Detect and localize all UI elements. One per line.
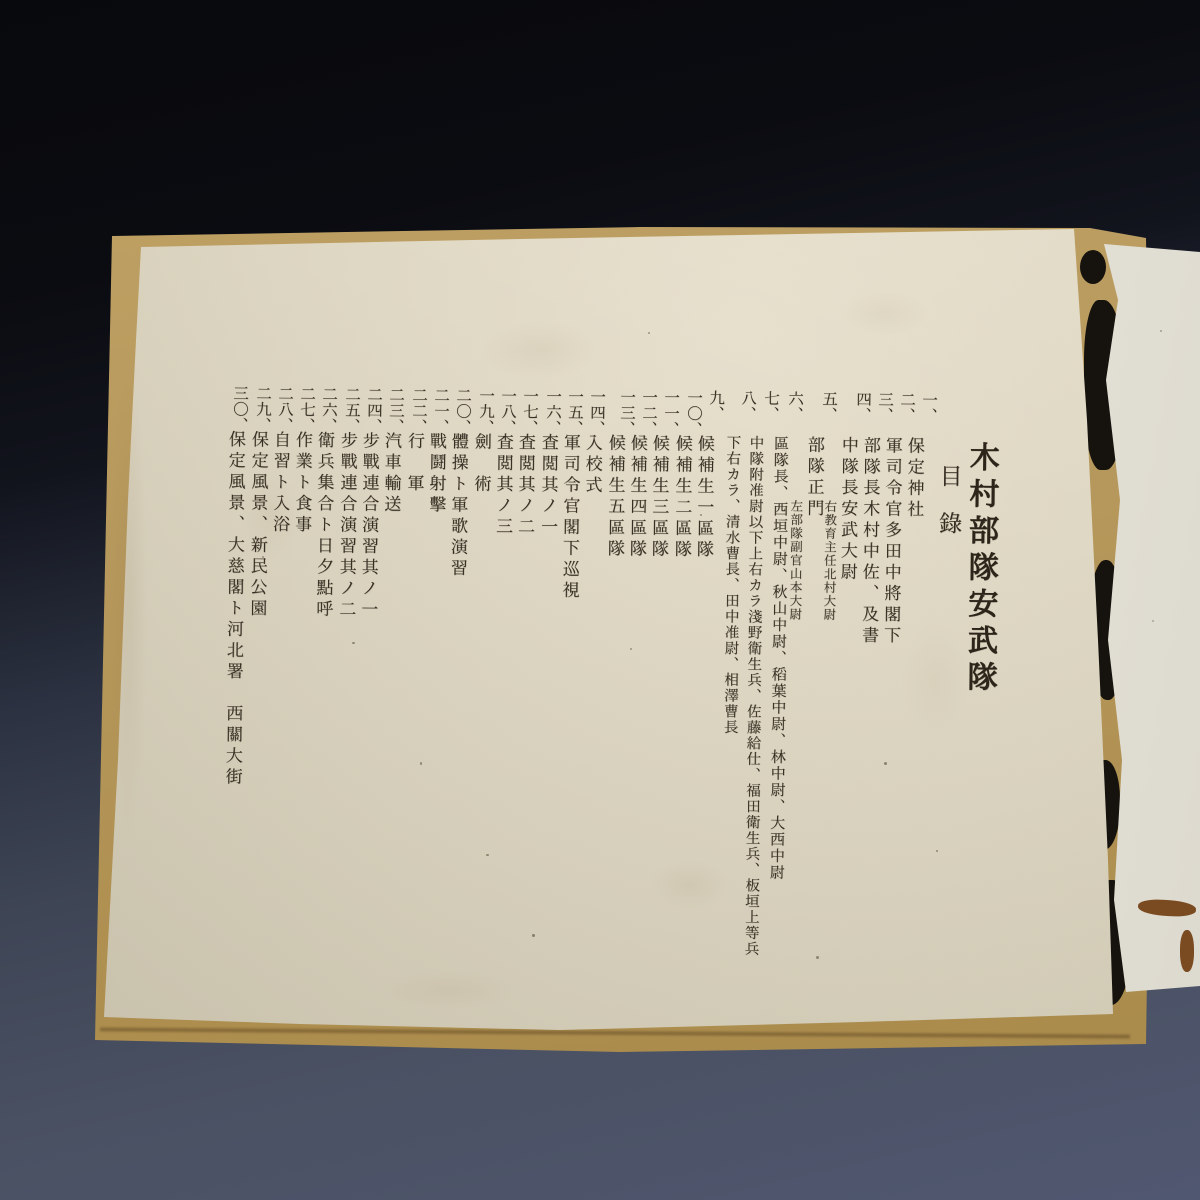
toc-item-number: 一、 [920, 392, 935, 424]
toc-item-number: 二八、 [276, 386, 291, 434]
toc-item-number: 二九、 [254, 385, 269, 433]
toc-item-number: 二、 [898, 392, 913, 424]
toc-item-number: 六、 [786, 390, 801, 422]
toc-item-22: 二二、行 軍 [405, 432, 423, 495]
toc-item-note: 左部隊副官山本大尉 [788, 499, 802, 621]
toc-item-number: 九、 [707, 390, 722, 422]
toc-item-text: 汽車輸送 [381, 432, 401, 517]
toc-item-number: 三、 [876, 391, 891, 423]
toc-item-26: 二六、衛兵集合ト日夕點呼 [314, 431, 333, 621]
toc-item-number: 一四、 [588, 389, 603, 437]
photo-background: 木村部隊安武隊 目錄 一、保定神社二、軍司令官多田中將閣下三、部隊長木村中佐、及… [0, 0, 1200, 1200]
toc-item-16: 一六、査閲其ノ一 [539, 433, 557, 539]
toc-item-text: 保定風景、大慈閣ト河北署 西關大街 [223, 430, 245, 789]
toc-item-text: 自習ト入浴 [270, 430, 290, 536]
toc-item-21: 二一、戰鬪射擊 [427, 432, 445, 516]
toc-item-text: 衛兵集合ト日夕點呼 [313, 431, 334, 621]
toc-item-2: 二、軍司令官多田中將閣下 [882, 436, 901, 647]
toc-item-number: 二六、 [320, 386, 335, 434]
toc-item-6: 六、區隊長、西垣中尉、秋山中尉、稻葉中尉、林中尉、大西中尉 [768, 435, 787, 881]
toc-item-4: 四、中隊長安武大尉右教育主任北村大尉 [839, 436, 857, 584]
toc-item-19: 一九、劍 術 [472, 432, 490, 495]
toc-item-23: 二三、汽車輸送 [382, 432, 400, 516]
toc-item-14: 一四、入校式 [583, 433, 601, 496]
toc-item-text: 候補生一區隊 [694, 435, 714, 562]
toc-item-number: 一六、 [544, 388, 559, 436]
toc-item-text: 入校式 [582, 433, 602, 496]
toc-item-number: 二四、 [365, 386, 380, 434]
toc-item-number: 二一、 [432, 387, 447, 435]
toc-item-text: 保定風景、新民公園 [247, 430, 268, 620]
album-title: 木村部隊安武隊 [963, 441, 995, 697]
toc-item-number: 一一、 [662, 389, 677, 437]
toc-item-text: 候補生四區隊 [627, 434, 647, 561]
toc-item-text: 作業ト食事 [292, 431, 312, 537]
toc-item-number: 一五、 [566, 388, 581, 436]
toc-item-text: 下右カラ、清水曹長、田中准尉、相澤曹長 [722, 435, 741, 735]
toc-item-number: 二二、 [410, 387, 425, 435]
toc-item-8: 八、下右カラ、清水曹長、田中准尉、相澤曹長 [722, 435, 739, 735]
text-layer: 木村部隊安武隊 目錄 一、保定神社二、軍司令官多田中將閣下三、部隊長木村中佐、及… [0, 0, 1200, 1200]
toc-item-number: 一三、 [618, 389, 633, 437]
toc-item-29: 二九、保定風景、新民公園 [248, 430, 267, 620]
toc-item-text: 戰鬪射擊 [426, 432, 446, 517]
toc-item-number: 二七、 [298, 386, 313, 434]
toc-item-28: 二八、自習ト入浴 [271, 430, 289, 536]
toc-item-text: 査閲其ノ三 [493, 433, 513, 539]
toc-item-27: 二七、作業ト食事 [293, 431, 311, 537]
toc-item-1: 一、保定神社 [905, 437, 923, 521]
toc-item-number: 二五、 [343, 386, 358, 434]
toc-item-text: 軍司令官多田中將閣下 [881, 436, 902, 647]
toc-item-15: 一五、軍司令官閣下巡視 [560, 433, 579, 602]
toc-item-text: 候補生二區隊 [672, 434, 692, 561]
toc-item-text: 査閲其ノ一 [538, 433, 558, 539]
toc-item-13: 一三、候補生五區隊 [606, 434, 624, 561]
toc-item-text: 軍司令官閣下巡視 [559, 433, 580, 602]
toc-item-number: 四、 [854, 391, 869, 423]
toc-item-text: 中隊長安武大尉 [838, 436, 858, 584]
toc-item-text: 候補生三區隊 [649, 434, 669, 561]
toc-item-number: 一〇、 [685, 389, 700, 437]
toc-item-3: 三、部隊長木村中佐、及書 [860, 436, 879, 647]
toc-item-10: 一〇、候補生二區隊 [673, 434, 691, 561]
toc-item-number: 二三、 [387, 387, 402, 435]
toc-item-number: 一八、 [499, 388, 514, 436]
toc-item-text: 步戰連合演習其ノ二 [336, 431, 357, 621]
toc-item-number: 三〇、 [231, 385, 246, 433]
toc-item-note: 右教育主任北村大尉 [822, 500, 836, 622]
toc-item-text: 區隊長、西垣中尉、秋山中尉、稻葉中尉、林中尉、大西中尉 [768, 435, 788, 881]
toc-item-number: 一七、 [521, 388, 536, 436]
toc-item-5: 五、部隊正門左部隊副官山本大尉 [805, 436, 823, 520]
toc-item-number: 一九、 [477, 387, 492, 435]
toc-item-17: 一七、査閲其ノ二 [516, 433, 534, 539]
toc-item-25: 二五、步戰連合演習其ノ二 [337, 431, 356, 621]
toc-item-number: 七、 [762, 390, 777, 422]
toc-item-text: 部隊長木村中佐、及書 [859, 436, 880, 647]
toc-columns: 一、保定神社二、軍司令官多田中將閣下三、部隊長木村中佐、及書四、中隊長安武大尉右… [4, 0, 1200, 2]
toc-item-24: 二四、步戰連合演習其ノ一 [359, 431, 378, 621]
toc-item-text: 査閲其ノ二 [515, 433, 535, 539]
toc-item-text: 劍 術 [471, 432, 491, 495]
toc-item-number: 一二、 [640, 389, 655, 437]
toc-item-text: 候補生五區隊 [605, 434, 625, 561]
toc-item-9: 九、候補生一區隊 [695, 435, 713, 562]
toc-item-text: 中隊附准尉以下上右カラ淺野衛生兵、佐藤給仕、福田衛生兵、板垣上等兵 [742, 435, 763, 957]
toc-item-text: 體操ト軍歌演習 [448, 432, 468, 580]
toc-item-text: 行 軍 [404, 432, 424, 495]
toc-item-30: 三〇、保定風景、大慈閣ト河北署 西關大街 [224, 430, 244, 789]
toc-item-number: 五、 [820, 391, 835, 423]
toc-item-number: 八、 [739, 390, 754, 422]
toc-item-20: 二〇、體操ト軍歌演習 [449, 432, 467, 580]
toc-item-text: 保定神社 [904, 437, 924, 522]
toc-heading: 目錄 [937, 464, 961, 559]
toc-item-18: 一八、査閲其ノ三 [494, 433, 512, 539]
toc-item-number: 二〇、 [454, 387, 469, 435]
toc-item-text: 步戰連合演習其ノ一 [358, 431, 379, 621]
toc-item-text: 部隊正門 [804, 436, 824, 521]
toc-item-11: 一一、候補生三區隊 [650, 434, 668, 561]
toc-item-7: 七、中隊附准尉以下上右カラ淺野衛生兵、佐藤給仕、福田衛生兵、板垣上等兵 [743, 435, 763, 957]
toc-item-12: 一二、候補生四區隊 [628, 434, 646, 561]
